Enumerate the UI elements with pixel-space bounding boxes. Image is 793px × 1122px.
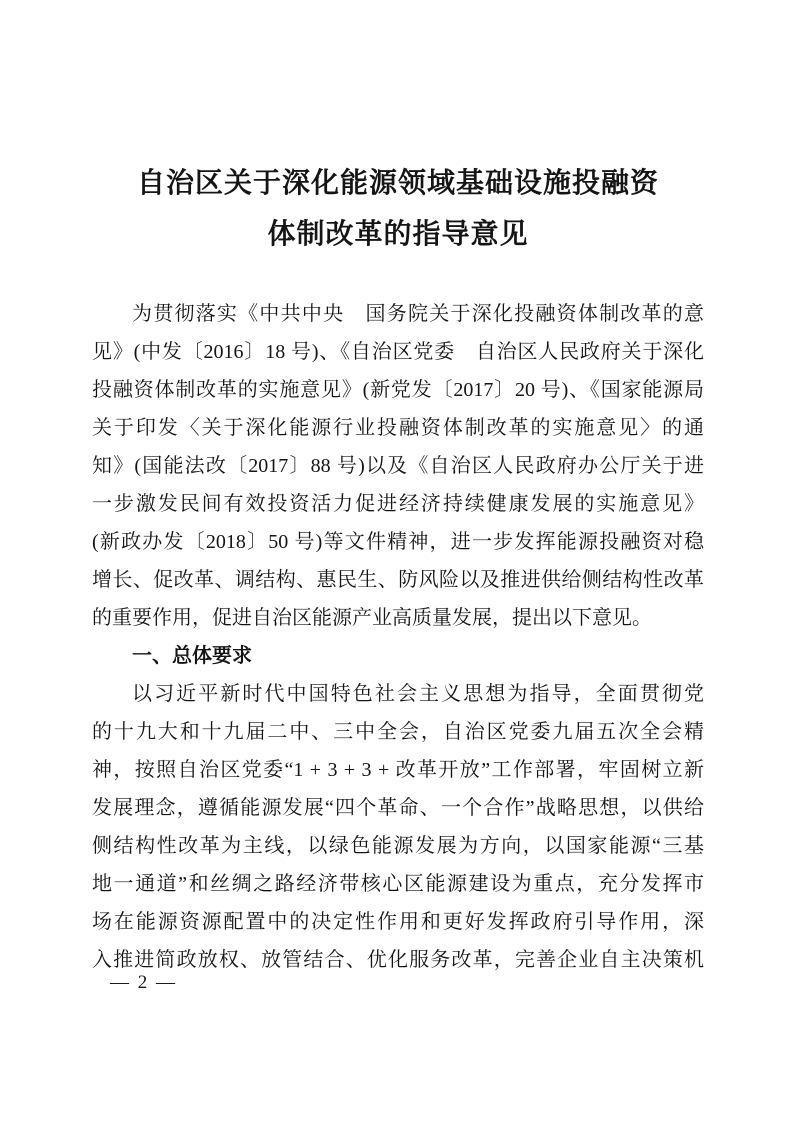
body-line: 知》(国能法改〔2017〕88 号)以及《自治区人民政府办公厅关于进 bbox=[92, 447, 704, 485]
section-heading: 一、总体要求 bbox=[92, 637, 704, 675]
body-line: 增长、促改革、调结构、惠民生、防风险以及推进供给侧结构性改革 bbox=[92, 561, 704, 599]
body-line: 关于印发〈关于深化能源行业投融资体制改革的实施意见〉的通 bbox=[92, 409, 704, 447]
body-line: 场在能源资源配置中的决定性作用和更好发挥政府引导作用，深 bbox=[92, 903, 704, 941]
body-line: 见》(中发〔2016〕18 号)、《自治区党委 自治区人民政府关于深化 bbox=[92, 333, 704, 371]
body-line: (新政办发〔2018〕50 号)等文件精神，进一步发挥能源投融资对稳 bbox=[92, 523, 704, 561]
body-line: 发展理念，遵循能源发展“四个革命、一个合作”战略思想，以供给 bbox=[92, 789, 704, 827]
body-line: 的重要作用，促进自治区能源产业高质量发展，提出以下意见。 bbox=[92, 599, 704, 637]
body-line: 一步激发民间有效投资活力促进经济持续健康发展的实施意见》 bbox=[92, 485, 704, 523]
body-line: 神，按照自治区党委“1 + 3 + 3 + 改革开放”工作部署，牢固树立新 bbox=[92, 751, 704, 789]
page-number: — 2 — bbox=[110, 972, 177, 994]
body-line: 入推进简政放权、放管结合、优化服务改革，完善企业自主决策机 bbox=[92, 941, 704, 979]
title-line: 体制改革的指导意见 bbox=[92, 209, 704, 260]
title-line: 自治区关于深化能源领域基础设施投融资 bbox=[92, 158, 704, 209]
document-body: 为贯彻落实《中共中央 国务院关于深化投融资体制改革的意见》(中发〔2016〕18… bbox=[92, 295, 704, 979]
body-line: 为贯彻落实《中共中央 国务院关于深化投融资体制改革的意 bbox=[92, 295, 704, 333]
body-line: 以习近平新时代中国特色社会主义思想为指导，全面贯彻党 bbox=[92, 675, 704, 713]
body-line: 投融资体制改革的实施意见》(新党发〔2017〕20 号)、《国家能源局 bbox=[92, 371, 704, 409]
body-line: 侧结构性改革为主线，以绿色能源发展为方向，以国家能源“三基 bbox=[92, 827, 704, 865]
body-line: 地一通道”和丝绸之路经济带核心区能源建设为重点，充分发挥市 bbox=[92, 865, 704, 903]
body-line: 的十九大和十九届二中、三中全会，自治区党委九届五次全会精 bbox=[92, 713, 704, 751]
document-page: 自治区关于深化能源领域基础设施投融资体制改革的指导意见 为贯彻落实《中共中央 国… bbox=[0, 0, 793, 1122]
document-title: 自治区关于深化能源领域基础设施投融资体制改革的指导意见 bbox=[92, 158, 704, 260]
